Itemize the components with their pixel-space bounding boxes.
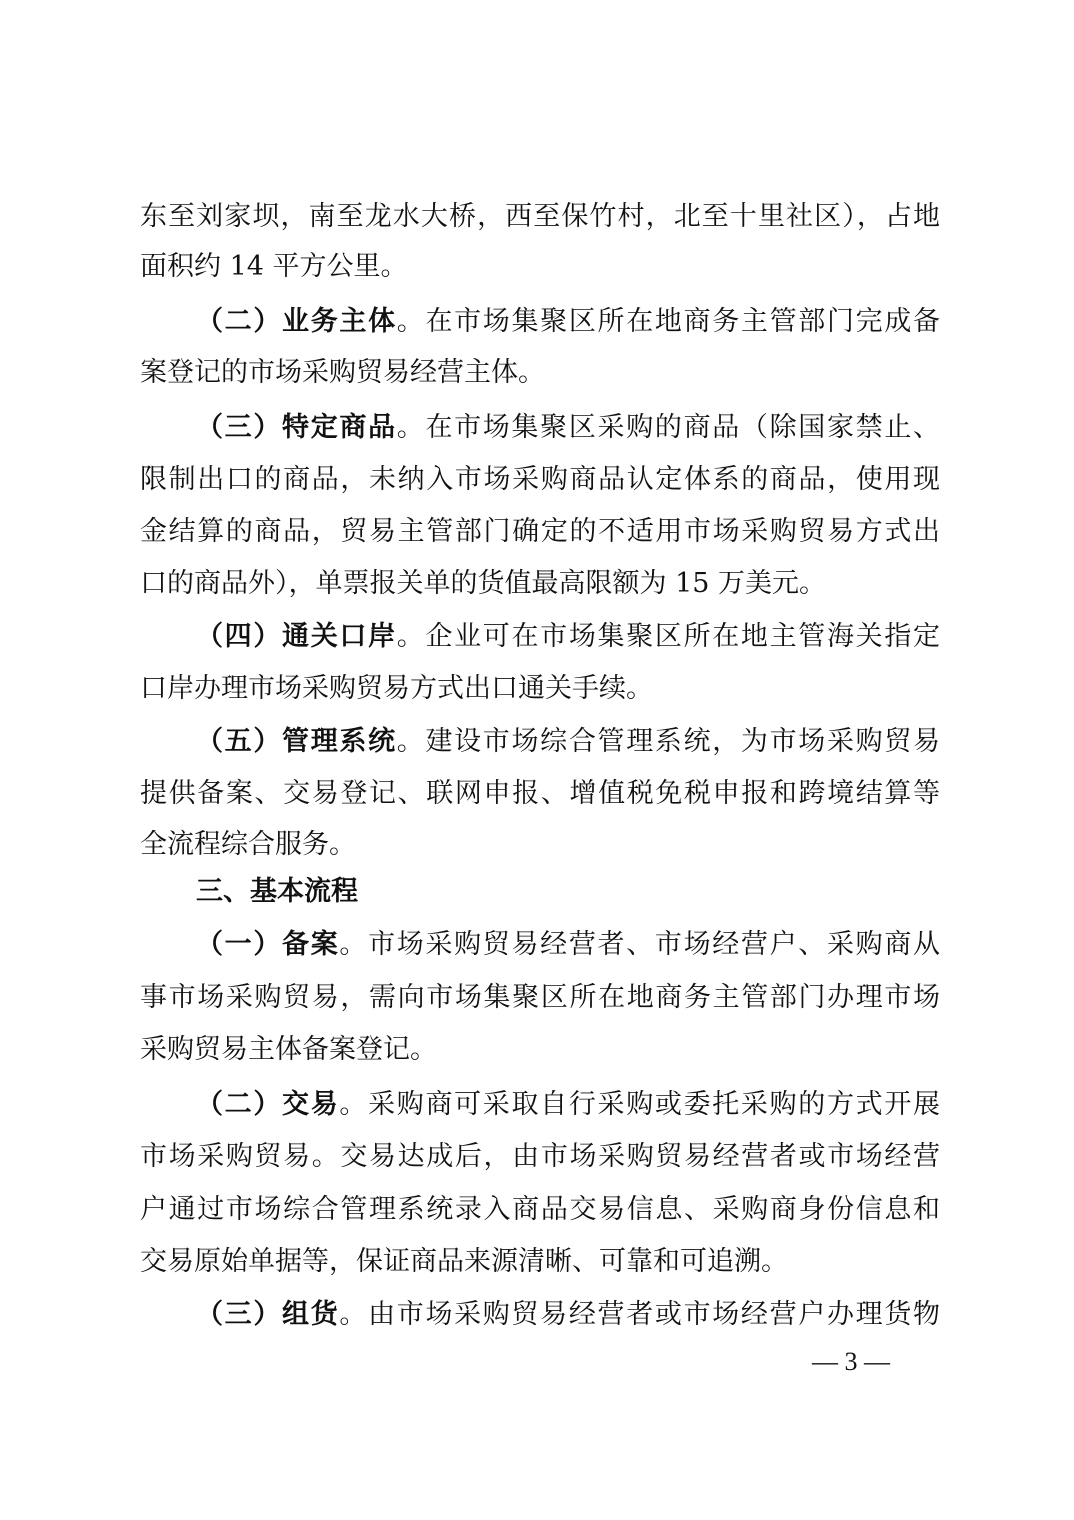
document-page: 东至刘家坝，南至龙水大桥，西至保竹村，北至十里社区），占地 面积约 14 平方公… <box>0 0 1074 1520</box>
text-run: 。由市场采购贸易经营者或市场经营户办理货物 <box>339 1299 940 1330</box>
text-line: 户通过市场综合管理系统录入商品交易信息、采购商身份信息和 <box>140 1190 940 1230</box>
text-run: 。建设市场综合管理系统，为市场采购贸易 <box>397 726 940 757</box>
paragraph-filing: （一）备案。市场采购贸易经营者、市场经营户、采购商从 <box>196 925 940 965</box>
text-line: 案登记的市场采购贸易经营主体。 <box>140 353 940 393</box>
text-line: 口的商品外），单票报关单的货值最高限额为 15 万美元。 <box>140 564 940 604</box>
paragraph-management-system: （五）管理系统。建设市场综合管理系统，为市场采购贸易 <box>196 722 940 762</box>
text-line: 事市场采购贸易，需向市场集聚区所在地商务主管部门办理市场 <box>140 978 940 1018</box>
paragraph-transaction: （二）交易。采购商可采取自行采购或委托采购的方式开展 <box>196 1085 940 1125</box>
text-line: 采购贸易主体备案登记。 <box>140 1030 940 1070</box>
text-line: 东至刘家坝，南至龙水大桥，西至保竹村，北至十里社区），占地 <box>140 197 940 237</box>
text-run: 。在市场集聚区所在地商务主管部门完成备 <box>397 306 940 337</box>
section-heading: 三、基本流程 <box>196 872 358 912</box>
paragraph-customs-port: （四）通关口岸。企业可在市场集聚区所在地主管海关指定 <box>196 617 940 657</box>
paragraph-consolidation: （三）组货。由市场采购贸易经营者或市场经营户办理货物 <box>196 1295 940 1335</box>
text-run: 。采购商可采取自行采购或委托采购的方式开展 <box>339 1089 940 1120</box>
text-line: 限制出口的商品，未纳入市场采购商品认定体系的商品，使用现 <box>140 460 940 500</box>
section-label: （一）备案 <box>196 929 339 960</box>
text-line: 提供备案、交易登记、联网申报、增值税免税申报和跨境结算等 <box>140 774 940 814</box>
text-line: 交易原始单据等，保证商品来源清晰、可靠和可追溯。 <box>140 1242 940 1282</box>
text-line: 市场采购贸易。交易达成后，由市场采购贸易经营者或市场经营 <box>140 1137 940 1177</box>
section-label: （二）交易 <box>196 1089 339 1120</box>
text-line: 全流程综合服务。 <box>140 825 940 865</box>
text-line: 口岸办理市场采购贸易方式出口通关手续。 <box>140 669 940 709</box>
paragraph-business-entity: （二）业务主体。在市场集聚区所在地商务主管部门完成备 <box>196 302 940 342</box>
page-number: — 3 — <box>812 1342 890 1382</box>
text-line: 面积约 14 平方公里。 <box>140 247 940 287</box>
section-label: （二）业务主体 <box>196 306 397 337</box>
text-run: 。市场采购贸易经营者、市场经营户、采购商从 <box>339 929 940 960</box>
text-line: 金结算的商品，贸易主管部门确定的不适用市场采购贸易方式出 <box>140 512 940 552</box>
section-label: （四）通关口岸 <box>196 621 397 652</box>
text-run: 。在市场集聚区采购的商品（除国家禁止、 <box>397 412 940 443</box>
section-label: （三）特定商品 <box>196 412 397 443</box>
text-run: 。企业可在市场集聚区所在地主管海关指定 <box>397 621 940 652</box>
paragraph-specific-goods: （三）特定商品。在市场集聚区采购的商品（除国家禁止、 <box>196 408 940 448</box>
section-label: （五）管理系统 <box>196 726 397 757</box>
section-label: （三）组货 <box>196 1299 339 1330</box>
